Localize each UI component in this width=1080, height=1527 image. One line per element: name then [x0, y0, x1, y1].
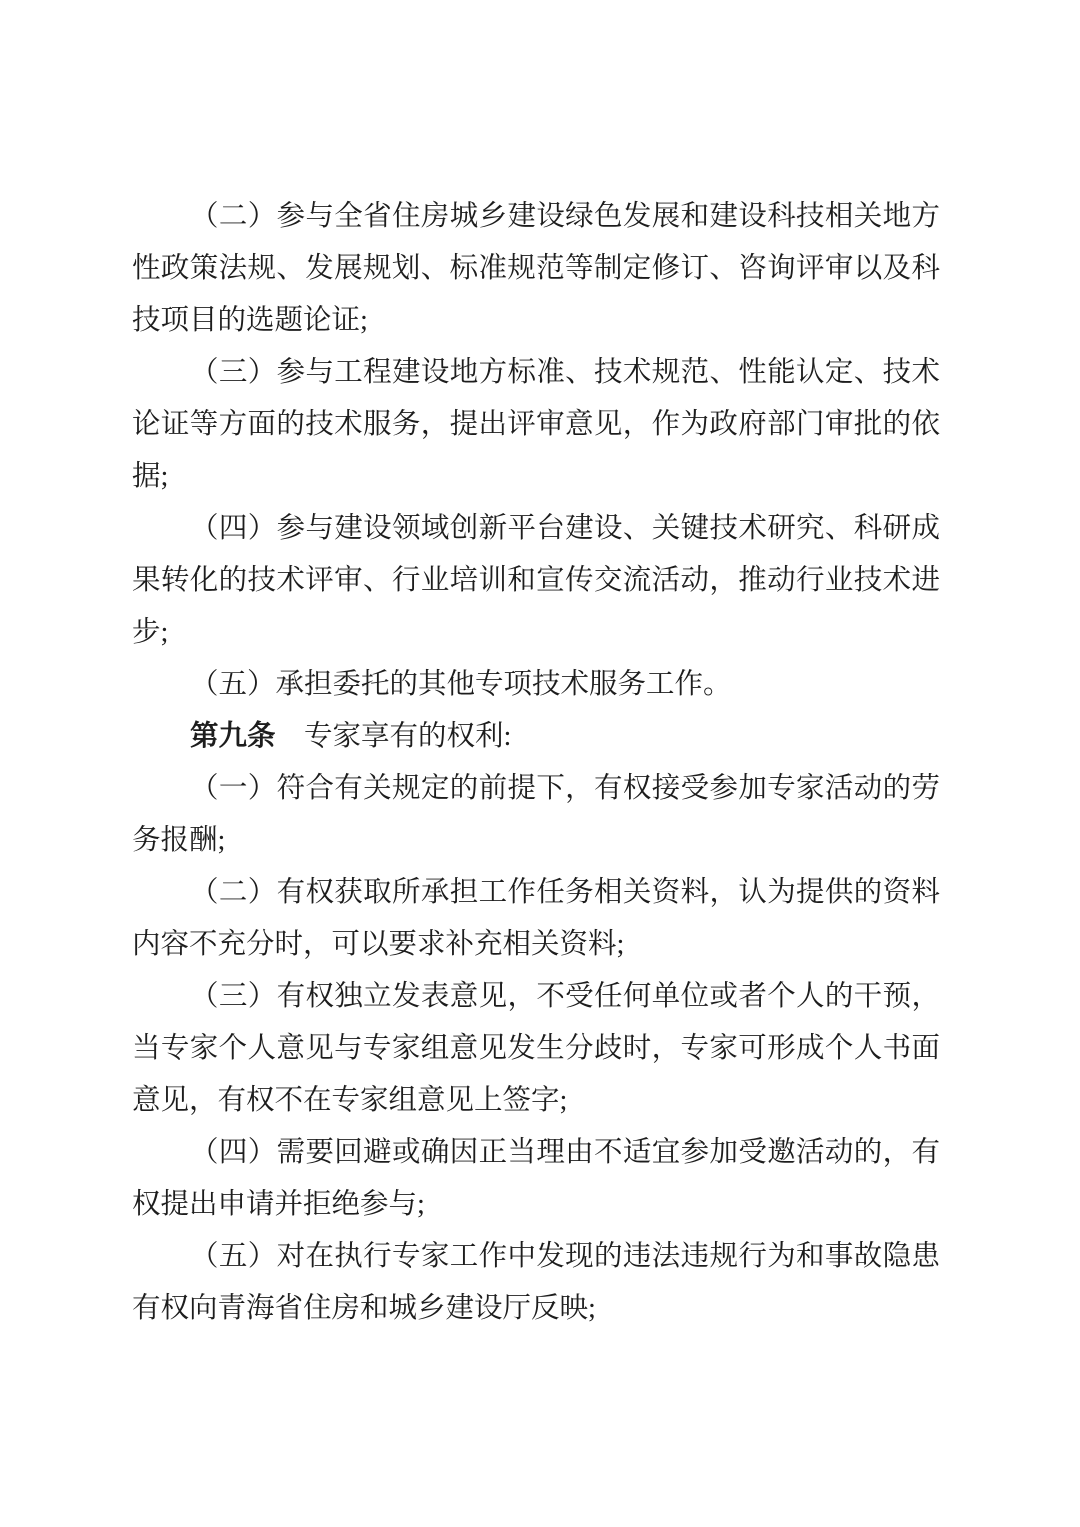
text-line: 论证等方面的技术服务，提出评审意见，作为政府部门审批的依	[132, 399, 940, 451]
document-text: （二）参与全省住房城乡建设绿色发展和建设科技相关地方性政策法规、发展规划、标准规…	[132, 191, 940, 1335]
text-line: （二）参与全省住房城乡建设绿色发展和建设科技相关地方	[132, 191, 940, 243]
text-line: （二）有权获取所承担工作任务相关资料，认为提供的资料	[132, 867, 940, 919]
text-line: 内容不充分时，可以要求补充相关资料;	[132, 919, 940, 971]
line-text: 专家享有的权利:	[276, 721, 512, 752]
text-line: （四）需要回避或确因正当理由不适宜参加受邀活动的，有	[132, 1127, 940, 1179]
text-line: 权提出申请并拒绝参与;	[132, 1179, 940, 1231]
text-line: 当专家个人意见与专家组意见发生分歧时，专家可形成个人书面	[132, 1023, 940, 1075]
text-line: 技项目的选题论证;	[132, 295, 940, 347]
text-line: （四）参与建设领域创新平台建设、关键技术研究、科研成	[132, 503, 940, 555]
text-line: （一）符合有关规定的前提下，有权接受参加专家活动的劳	[132, 763, 940, 815]
text-line: 有权向青海省住房和城乡建设厅反映;	[132, 1283, 940, 1335]
text-line: （五）承担委托的其他专项技术服务工作。	[132, 659, 940, 711]
text-line: 据;	[132, 451, 940, 503]
article-number: 第九条	[190, 721, 276, 752]
text-line: 性政策法规、发展规划、标准规范等制定修订、咨询评审以及科	[132, 243, 940, 295]
text-line: （五）对在执行专家工作中发现的违法违规行为和事故隐患	[132, 1231, 940, 1283]
text-line: （三）参与工程建设地方标准、技术规范、性能认定、技术	[132, 347, 940, 399]
text-line: 步;	[132, 607, 940, 659]
article-heading-line: 第九条 专家享有的权利:	[132, 711, 940, 763]
document-page: （二）参与全省住房城乡建设绿色发展和建设科技相关地方性政策法规、发展规划、标准规…	[0, 0, 1080, 1527]
text-line: （三）有权独立发表意见，不受任何单位或者个人的干预，	[132, 971, 940, 1023]
text-line: 务报酬;	[132, 815, 940, 867]
text-line: 意见，有权不在专家组意见上签字;	[132, 1075, 940, 1127]
text-line: 果转化的技术评审、行业培训和宣传交流活动，推动行业技术进	[132, 555, 940, 607]
